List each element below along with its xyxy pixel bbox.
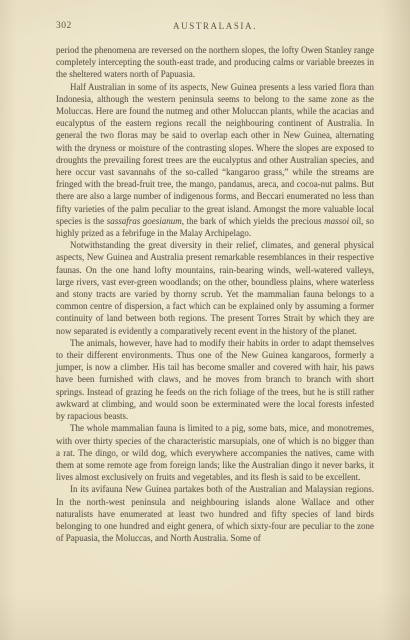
- text-segment: , the bark of which yields the precious: [182, 216, 324, 226]
- paragraph-4: The animals, however, have had to modify…: [56, 337, 374, 422]
- italic-term: sassafras goesianum: [107, 216, 182, 226]
- book-page-scan: 302 AUSTRALASIA. period the phenomena ar…: [0, 0, 410, 640]
- paragraph-3: Notwithstanding the great diversity in t…: [56, 239, 374, 337]
- paragraph-1: period the phenomena are reversed on the…: [56, 44, 374, 81]
- text-segment: Notwithstanding the great diversity in t…: [56, 240, 374, 335]
- running-title: AUSTRALASIA.: [56, 21, 374, 31]
- paragraph-5: The whole mammalian fauna is limited to …: [56, 422, 374, 483]
- paragraph-6: In its avifauna New Guinea partakes both…: [56, 483, 374, 544]
- italic-term: massoi: [324, 216, 349, 226]
- text-segment: Half Australian in some of its aspects, …: [56, 82, 374, 226]
- page-body-text: period the phenomena are reversed on the…: [56, 44, 374, 544]
- paragraph-2: Half Australian in some of its aspects, …: [56, 81, 374, 240]
- text-segment: period the phenomena are reversed on the…: [56, 45, 374, 79]
- text-segment: The whole mammalian fauna is limited to …: [56, 423, 374, 482]
- running-header: 302 AUSTRALASIA.: [56, 21, 374, 35]
- text-segment: The animals, however, have had to modify…: [56, 338, 374, 421]
- text-segment: In its avifauna New Guinea partakes both…: [56, 484, 374, 543]
